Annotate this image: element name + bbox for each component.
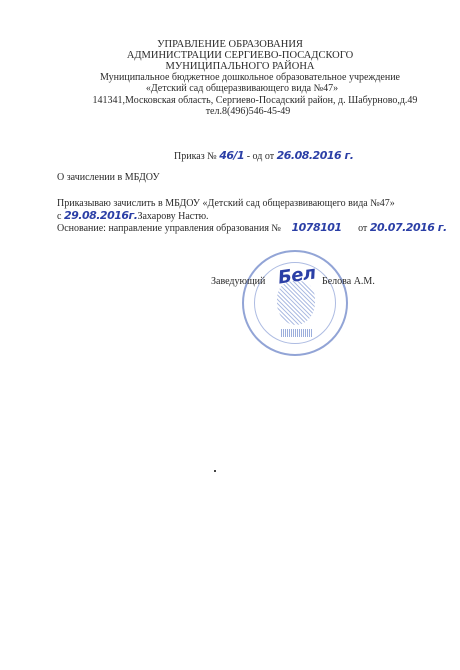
basis-prefix: Основание: направление управления образо… bbox=[57, 223, 281, 234]
basis-from: от bbox=[358, 223, 367, 234]
order-heading: Приказ № 46/1 - од от 26.08.2016 г. bbox=[174, 150, 353, 163]
order-date: 26.08.2016 г. bbox=[277, 149, 354, 162]
enrollment-date: 29.08.2016г. bbox=[64, 209, 138, 222]
institution-name: «Детский сад общеразвивающего вида №47» bbox=[12, 83, 460, 95]
seal-text bbox=[281, 329, 313, 337]
signatory-name: Белова А.М. bbox=[322, 276, 375, 288]
basis-date: 20.07.2016 г. bbox=[370, 221, 447, 234]
order-subject: О зачислении в МБДОУ bbox=[57, 172, 160, 184]
enrollment-from: с bbox=[57, 211, 61, 222]
scan-artifact-dot bbox=[214, 470, 216, 472]
order-prefix: Приказ № bbox=[174, 151, 217, 162]
institution-phone: тел.8(496)546-45-49 bbox=[18, 106, 460, 118]
order-suffix: - од от bbox=[247, 151, 274, 162]
order-number: 46/1 bbox=[219, 149, 244, 162]
order-basis: Основание: направление управления образо… bbox=[57, 222, 447, 235]
signatory-title: Заведующий bbox=[211, 276, 265, 288]
basis-number: 1078101 bbox=[291, 221, 341, 234]
child-name: Захарову Настю. bbox=[137, 211, 208, 222]
